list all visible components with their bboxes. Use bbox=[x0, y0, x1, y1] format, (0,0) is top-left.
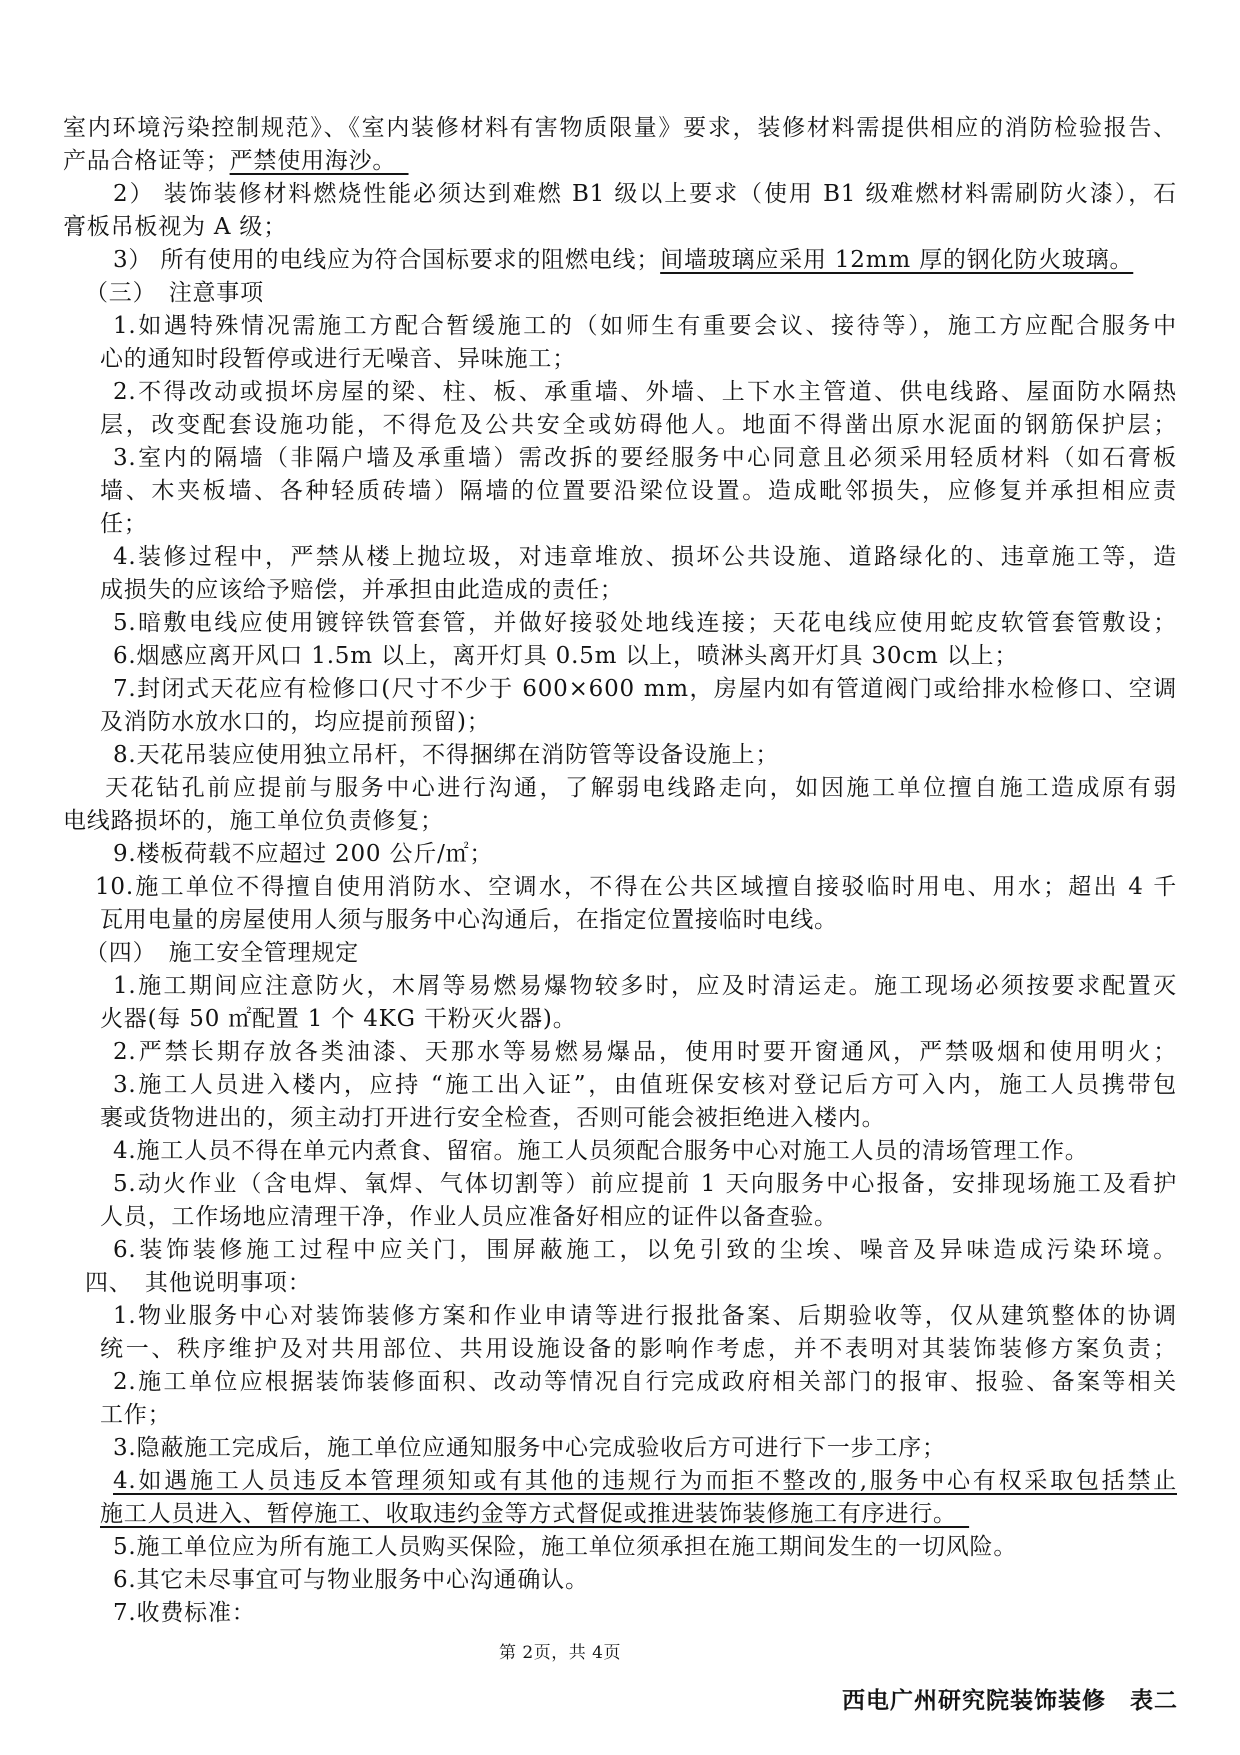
text-line: 火器(每 50 ㎡配置 1 个 4KG 干粉灭火器)。 bbox=[63, 1003, 1177, 1036]
text-line: 2.施工单位应根据装饰装修面积、改动等情况自行完成政府相关部门的报审、报验、备案… bbox=[63, 1366, 1177, 1399]
text-line: 1.物业服务中心对装饰装修方案和作业申请等进行报批备案、后期验收等，仅从建筑整体… bbox=[63, 1300, 1177, 1333]
text-segment: 人员，工作场地应清理干净，作业人员应准备好相应的证件以备查验。 bbox=[100, 1204, 838, 1230]
text-line: 6.烟感应离开风口 1.5m 以上，离开灯具 0.5m 以上，喷淋头离开灯具 3… bbox=[63, 640, 1177, 673]
text-line: 1.施工期间应注意防火，木屑等易燃易爆物较多时，应及时清运走。施工现场必须按要求… bbox=[63, 970, 1177, 1003]
text-line: （三） 注意事项 bbox=[63, 277, 1177, 310]
text-line: 产品合格证等；严禁使用海沙。 bbox=[63, 145, 1177, 178]
text-line: 及消防水放水口的，均应提前预留)； bbox=[63, 706, 1177, 739]
text-line: 工作； bbox=[63, 1399, 1177, 1432]
text-segment: 2.严禁长期存放各类油漆、天那水等易燃易爆品，使用时要开窗通风，严禁吸烟和使用明… bbox=[113, 1039, 1177, 1065]
text-line: 室内环境污染控制规范》、《室内装修材料有害物质限量》要求，装修材料需提供相应的消… bbox=[63, 112, 1177, 145]
text-line: 施工人员进入、暂停施工、收取违约金等方式督促或推进装饰装修施工有序进行。 bbox=[63, 1498, 1177, 1531]
text-line: 电线路损坏的，施工单位负责修复； bbox=[63, 805, 1177, 838]
text-line: 3） 所有使用的电线应为符合国标要求的阻燃电线；间墙玻璃应采用 12mm 厚的钢… bbox=[63, 244, 1177, 277]
document-page: 室内环境污染控制规范》、《室内装修材料有害物质限量》要求，装修材料需提供相应的消… bbox=[0, 0, 1240, 1755]
text-segment: 2.施工单位应根据装饰装修面积、改动等情况自行完成政府相关部门的报审、报验、备案… bbox=[113, 1369, 1177, 1395]
text-segment: 3） 所有使用的电线应为符合国标要求的阻燃电线； bbox=[113, 247, 660, 273]
text-segment: 1.物业服务中心对装饰装修方案和作业申请等进行报批备案、后期验收等，仅从建筑整体… bbox=[113, 1303, 1177, 1329]
text-line: 3.隐蔽施工完成后，施工单位应通知服务中心完成验收后方可进行下一步工序； bbox=[63, 1432, 1177, 1465]
page-number: 第 2页，共 4页 bbox=[0, 1638, 1120, 1663]
text-segment: 6.装饰装修施工过程中应关门，围屏蔽施工，以免引致的尘埃、噪音及异味造成污染环境… bbox=[113, 1237, 1177, 1263]
text-line: 任； bbox=[63, 508, 1177, 541]
text-segment: 产品合格证等； bbox=[63, 148, 230, 174]
text-line: 5.施工单位应为所有施工人员购买保险，施工单位须承担在施工期间发生的一切风险。 bbox=[63, 1531, 1177, 1564]
text-segment: 心的通知时段暂停或进行无噪音、异味施工； bbox=[100, 346, 576, 372]
underlined-text: 严禁使用海沙。 bbox=[230, 148, 409, 174]
text-segment: 墙、木夹板墙、各种轻质砖墙）隔墙的位置要沿梁位设置。造成毗邻损失，应修复并承担相… bbox=[100, 478, 1177, 504]
text-line: 7.封闭式天花应有检修口(尺寸不少于 600×600 mm，房屋内如有管道阀门或… bbox=[63, 673, 1177, 706]
text-line: 3.室内的隔墙（非隔户墙及承重墙）需改拆的要经服务中心同意且必须采用轻质材料（如… bbox=[63, 442, 1177, 475]
text-line: 瓦用电量的房屋使用人须与服务中心沟通后，在指定位置接临时电线。 bbox=[63, 904, 1177, 937]
underlined-text: 间墙玻璃应采用 12mm 厚的钢化防火玻璃。 bbox=[660, 247, 1133, 273]
text-line: 8.天花吊装应使用独立吊杆，不得捆绑在消防管等设备设施上； bbox=[63, 739, 1177, 772]
text-segment: 8.天花吊装应使用独立吊杆，不得捆绑在消防管等设备设施上； bbox=[113, 742, 779, 768]
text-segment: 4.施工人员不得在单元内煮食、留宿。施工人员须配合服务中心对施工人员的清场管理工… bbox=[113, 1138, 1089, 1164]
text-segment: 天花钻孔前应提前与服务中心进行沟通，了解弱电线路走向，如因施工单位擅自施工造成原… bbox=[105, 775, 1177, 801]
text-segment: 10.施工单位不得擅自使用消防水、空调水，不得在公共区域擅自接驳临时用电、用水；… bbox=[95, 874, 1177, 900]
text-line: 1.如遇特殊情况需施工方配合暂缓施工的（如师生有重要会议、接待等），施工方应配合… bbox=[63, 310, 1177, 343]
text-line: 人员，工作场地应清理干净，作业人员应准备好相应的证件以备查验。 bbox=[63, 1201, 1177, 1234]
text-segment: （三） 注意事项 bbox=[85, 280, 264, 306]
text-segment: 瓦用电量的房屋使用人须与服务中心沟通后，在指定位置接临时电线。 bbox=[100, 907, 838, 933]
underlined-text: 施工人员进入、暂停施工、收取违约金等方式督促或推进装饰装修施工有序进行。 bbox=[100, 1501, 969, 1527]
text-line: （四） 施工安全管理规定 bbox=[63, 937, 1177, 970]
text-line: 裹或货物进出的，须主动打开进行安全检查，否则可能会被拒绝进入楼内。 bbox=[63, 1102, 1177, 1135]
text-segment: 7.收费标准： bbox=[113, 1600, 256, 1626]
text-segment: 5.施工单位应为所有施工人员购买保险，施工单位须承担在施工期间发生的一切风险。 bbox=[113, 1534, 1017, 1560]
text-segment: 7.封闭式天花应有检修口(尺寸不少于 600×600 mm，房屋内如有管道阀门或… bbox=[113, 676, 1177, 702]
text-segment: 2.不得改动或损坏房屋的梁、柱、板、承重墙、外墙、上下水主管道、供电线路、屋面防… bbox=[113, 379, 1177, 405]
text-segment: 3.施工人员进入楼内，应持 “施工出入证”，由值班保安核对登记后方可入内，施工人… bbox=[113, 1072, 1177, 1098]
text-segment: 电线路损坏的，施工单位负责修复； bbox=[63, 808, 444, 834]
text-segment: 4.装修过程中，严禁从楼上抛垃圾，对违章堆放、损坏公共设施、道路绿化的、违章施工… bbox=[113, 544, 1177, 570]
text-line: 5.动火作业（含电焊、氧焊、气体切割等）前应提前 1 天向服务中心报备，安排现场… bbox=[63, 1168, 1177, 1201]
text-segment: 3.室内的隔墙（非隔户墙及承重墙）需改拆的要经服务中心同意且必须采用轻质材料（如… bbox=[113, 445, 1177, 471]
text-line: 5.暗敷电线应使用镀锌铁管套管，并做好接驳处地线连接；天花电线应使用蛇皮软管套管… bbox=[63, 607, 1177, 640]
text-line: 10.施工单位不得擅自使用消防水、空调水，不得在公共区域擅自接驳临时用电、用水；… bbox=[63, 871, 1177, 904]
text-segment: （四） 施工安全管理规定 bbox=[85, 940, 359, 966]
text-segment: 5.动火作业（含电焊、氧焊、气体切割等）前应提前 1 天向服务中心报备，安排现场… bbox=[113, 1171, 1177, 1197]
document-footer-label: 西电广州研究院装饰装修 表二 bbox=[842, 1682, 1178, 1715]
text-segment: 室内环境污染控制规范》、《室内装修材料有害物质限量》要求，装修材料需提供相应的消… bbox=[63, 115, 1177, 141]
text-segment: 统一、秩序维护及对共用部位、共用设施设备的影响作考虑，并不表明对其装饰装修方案负… bbox=[100, 1336, 1177, 1362]
text-segment: 5.暗敷电线应使用镀锌铁管套管，并做好接驳处地线连接；天花电线应使用蛇皮软管套管… bbox=[113, 610, 1177, 636]
text-line: 墙、木夹板墙、各种轻质砖墙）隔墙的位置要沿梁位设置。造成毗邻损失，应修复并承担相… bbox=[63, 475, 1177, 508]
text-line: 2） 装饰装修材料燃烧性能必须达到难燃 B1 级以上要求（使用 B1 级难燃材料… bbox=[63, 178, 1177, 211]
text-segment: 9.楼板荷载不应超过 200 公斤/㎡； bbox=[113, 841, 493, 867]
text-line: 4.施工人员不得在单元内煮食、留宿。施工人员须配合服务中心对施工人员的清场管理工… bbox=[63, 1135, 1177, 1168]
text-line: 2.不得改动或损坏房屋的梁、柱、板、承重墙、外墙、上下水主管道、供电线路、屋面防… bbox=[63, 376, 1177, 409]
text-segment: 及消防水放水口的，均应提前预留)； bbox=[100, 709, 491, 735]
text-segment: 火器(每 50 ㎡配置 1 个 4KG 干粉灭火器)。 bbox=[100, 1006, 577, 1032]
text-segment: 6.其它未尽事宜可与物业服务中心沟通确认。 bbox=[113, 1567, 589, 1593]
text-line: 4.如遇施工人员违反本管理须知或有其他的违规行为而拒不整改的,服务中心有权采取包… bbox=[63, 1465, 1177, 1498]
text-line: 9.楼板荷载不应超过 200 公斤/㎡； bbox=[63, 838, 1177, 871]
text-segment: 1.如遇特殊情况需施工方配合暂缓施工的（如师生有重要会议、接待等），施工方应配合… bbox=[113, 313, 1177, 339]
text-segment: 膏板吊板视为 A 级； bbox=[63, 214, 287, 240]
document-body: 室内环境污染控制规范》、《室内装修材料有害物质限量》要求，装修材料需提供相应的消… bbox=[63, 112, 1177, 1630]
text-segment: 工作； bbox=[100, 1402, 171, 1428]
underlined-text: 4.如遇施工人员违反本管理须知或有其他的违规行为而拒不整改的,服务中心有权采取包… bbox=[113, 1468, 1177, 1494]
text-line: 统一、秩序维护及对共用部位、共用设施设备的影响作考虑，并不表明对其装饰装修方案负… bbox=[63, 1333, 1177, 1366]
text-line: 膏板吊板视为 A 级； bbox=[63, 211, 1177, 244]
text-line: 4.装修过程中，严禁从楼上抛垃圾，对违章堆放、损坏公共设施、道路绿化的、违章施工… bbox=[63, 541, 1177, 574]
text-segment: 层，改变配套设施功能，不得危及公共安全或妨碍他人。地面不得凿出原水泥面的钢筋保护… bbox=[100, 412, 1177, 438]
text-line: 天花钻孔前应提前与服务中心进行沟通，了解弱电线路走向，如因施工单位擅自施工造成原… bbox=[63, 772, 1177, 805]
text-line: 四、 其他说明事项： bbox=[63, 1267, 1177, 1300]
text-segment: 3.隐蔽施工完成后，施工单位应通知服务中心完成验收后方可进行下一步工序； bbox=[113, 1435, 946, 1461]
text-line: 6.其它未尽事宜可与物业服务中心沟通确认。 bbox=[63, 1564, 1177, 1597]
text-line: 7.收费标准： bbox=[63, 1597, 1177, 1630]
text-line: 3.施工人员进入楼内，应持 “施工出入证”，由值班保安核对登记后方可入内，施工人… bbox=[63, 1069, 1177, 1102]
text-segment: 6.烟感应离开风口 1.5m 以上，离开灯具 0.5m 以上，喷淋头离开灯具 3… bbox=[113, 643, 1018, 669]
text-line: 层，改变配套设施功能，不得危及公共安全或妨碍他人。地面不得凿出原水泥面的钢筋保护… bbox=[63, 409, 1177, 442]
text-segment: 四、 其他说明事项： bbox=[85, 1270, 312, 1296]
text-line: 成损失的应该给予赔偿，并承担由此造成的责任； bbox=[63, 574, 1177, 607]
text-line: 6.装饰装修施工过程中应关门，围屏蔽施工，以免引致的尘埃、噪音及异味造成污染环境… bbox=[63, 1234, 1177, 1267]
text-segment: 任； bbox=[100, 511, 148, 537]
text-segment: 裹或货物进出的，须主动打开进行安全检查，否则可能会被拒绝进入楼内。 bbox=[100, 1105, 885, 1131]
text-line: 2.严禁长期存放各类油漆、天那水等易燃易爆品，使用时要开窗通风，严禁吸烟和使用明… bbox=[63, 1036, 1177, 1069]
text-segment: 1.施工期间应注意防火，木屑等易燃易爆物较多时，应及时清运走。施工现场必须按要求… bbox=[113, 973, 1177, 999]
text-line: 心的通知时段暂停或进行无噪音、异味施工； bbox=[63, 343, 1177, 376]
text-segment: 2） 装饰装修材料燃烧性能必须达到难燃 B1 级以上要求（使用 B1 级难燃材料… bbox=[113, 181, 1177, 207]
text-segment: 成损失的应该给予赔偿，并承担由此造成的责任； bbox=[100, 577, 624, 603]
